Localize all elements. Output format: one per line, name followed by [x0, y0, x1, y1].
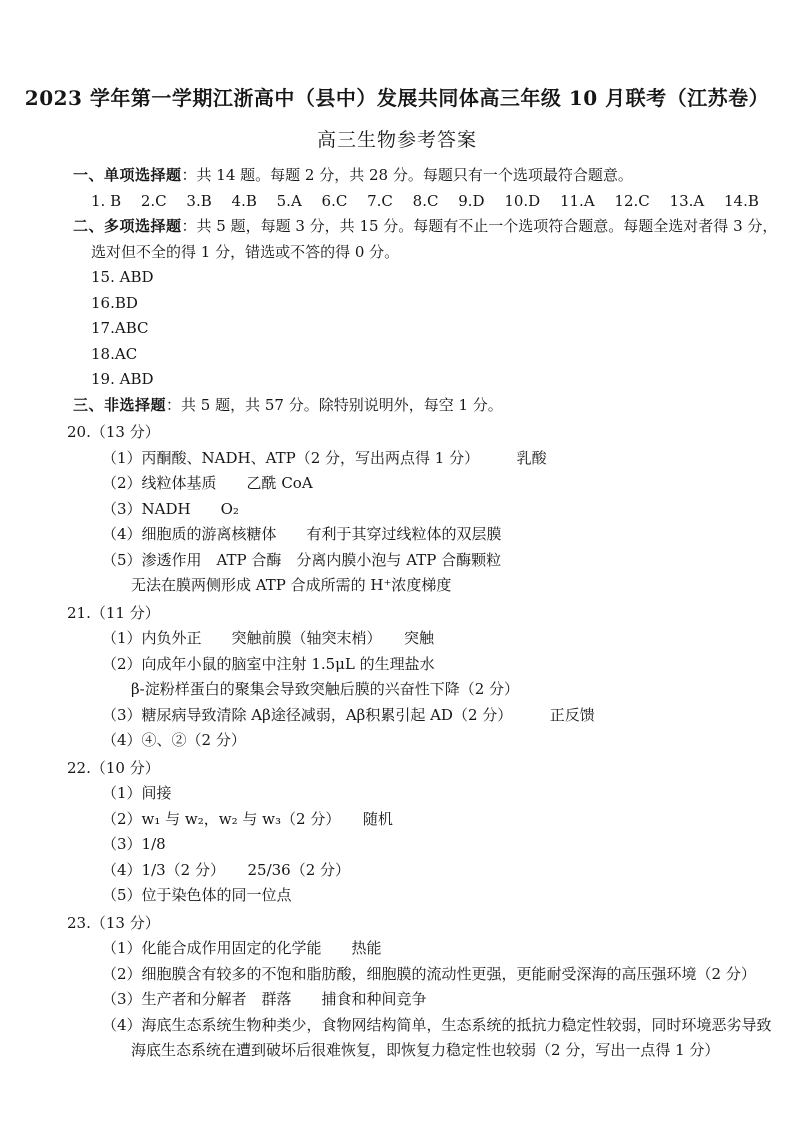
question-21-answer-4: （4）④、②（2 分） — [102, 728, 794, 754]
answer-key-content: 一、单项选择题：共 14 题。每题 2 分，共 28 分。每题只有一个选项最符合… — [0, 163, 794, 1064]
answer-key-subtitle: 高三生物参考答案 — [0, 125, 794, 152]
question-23-answer-2: （2）细胞膜含有较多的不饱和脂肪酸，细胞膜的流动性更强，更能耐受深海的高压强环境… — [102, 962, 794, 988]
question-21-answer-2-continuation: β-淀粉样蛋白的聚集会导致突触后膜的兴奋性下降（2 分） — [131, 677, 794, 703]
question-21-number: 21.（11 分） — [67, 601, 794, 627]
question-21-answer-3: （3）糖尿病导致清除 Aβ途径减弱，Aβ积累引起 AD（2 分） 正反馈 — [102, 703, 794, 729]
question-20-answer-3: （3）NADH O₂ — [102, 497, 794, 523]
question-20-answer-1: （1）丙酮酸、NADH、ATP（2 分，写出两点得 1 分） 乳酸 — [102, 446, 794, 472]
section-one-heading: 一、单项选择题：共 14 题。每题 2 分，共 28 分。每题只有一个选项最符合… — [73, 163, 794, 189]
single-choice-answers: 1. B 2.C 3.B 4.B 5.A 6.C 7.C 8.C 9.D 10.… — [91, 189, 794, 215]
question-22-answer-3: （3）1/8 — [102, 832, 794, 858]
question-22-answer-1: （1）间接 — [102, 781, 794, 807]
question-23-answer-1: （1）化能合成作用固定的化学能 热能 — [102, 936, 794, 962]
question-21-answer-2: （2）向成年小鼠的脑室中注射 1.5μL 的生理盐水 — [102, 652, 794, 678]
question-20-answer-5: （5）渗透作用 ATP 合酶 分离内膜小泡与 ATP 合酶颗粒 — [102, 548, 794, 574]
answer-key-page: 2023 学年第一学期江浙高中（县中）发展共同体高三年级 10 月联考（江苏卷）… — [0, 0, 794, 1123]
section-two-label: 二、多项选择题 — [73, 217, 182, 235]
question-23-answer-4: （4）海底生态系统生物种类少，食物网结构简单，生态系统的抵抗力稳定性较弱，同时环… — [102, 1013, 794, 1039]
question-22-answer-5: （5）位于染色体的同一位点 — [102, 883, 794, 909]
question-22-answer-2: （2）w₁ 与 w₂，w₂ 与 w₃（2 分） 随机 — [102, 807, 794, 833]
question-21-answer-1: （1）内负外正 突触前膜（轴突末梢） 突触 — [102, 626, 794, 652]
multi-choice-answer-18: 18.AC — [91, 342, 794, 368]
question-22-number: 22.（10 分） — [67, 756, 794, 782]
question-23-answer-3: （3）生产者和分解者 群落 捕食和种间竞争 — [102, 987, 794, 1013]
multi-choice-answer-16: 16.BD — [91, 291, 794, 317]
section-three-desc: ：共 5 题，共 57 分。除特别说明外，每空 1 分。 — [166, 396, 503, 414]
section-three-heading: 三、非选择题：共 5 题，共 57 分。除特别说明外，每空 1 分。 — [73, 393, 794, 419]
section-one-desc: ：共 14 题。每题 2 分，共 28 分。每题只有一个选项最符合题意。 — [182, 166, 633, 184]
section-three-label: 三、非选择题 — [73, 396, 166, 414]
question-20-answer-2: （2）线粒体基质 乙酰 CoA — [102, 471, 794, 497]
question-20-number: 20.（13 分） — [67, 420, 794, 446]
question-23-number: 23.（13 分） — [67, 911, 794, 937]
multi-choice-answer-15: 15. ABD — [91, 265, 794, 291]
question-22-answer-4: （4）1/3（2 分） 25/36（2 分） — [102, 858, 794, 884]
section-two-heading: 二、多项选择题：共 5 题，每题 3 分，共 15 分。每题有不止一个选项符合题… — [73, 214, 794, 240]
multi-choice-answer-19: 19. ABD — [91, 367, 794, 393]
section-two-desc: ：共 5 题，每题 3 分，共 15 分。每题有不止一个选项符合题意。每题全选对… — [182, 217, 778, 235]
question-20-answer-4: （4）细胞质的游离核糖体 有利于其穿过线粒体的双层膜 — [102, 522, 794, 548]
section-one-label: 一、单项选择题 — [73, 166, 182, 184]
question-20-answer-5-continuation: 无法在膜两侧形成 ATP 合成所需的 H⁺浓度梯度 — [131, 573, 794, 599]
exam-title: 2023 学年第一学期江浙高中（县中）发展共同体高三年级 10 月联考（江苏卷） — [0, 0, 794, 111]
multi-choice-answer-17: 17.ABC — [91, 316, 794, 342]
section-two-desc-line2: 选对但不全的得 1 分，错选或不答的得 0 分。 — [91, 240, 794, 266]
question-23-answer-4-continuation: 海底生态系统在遭到破坏后很难恢复，即恢复力稳定性也较弱（2 分，写出一点得 1 … — [131, 1038, 794, 1064]
